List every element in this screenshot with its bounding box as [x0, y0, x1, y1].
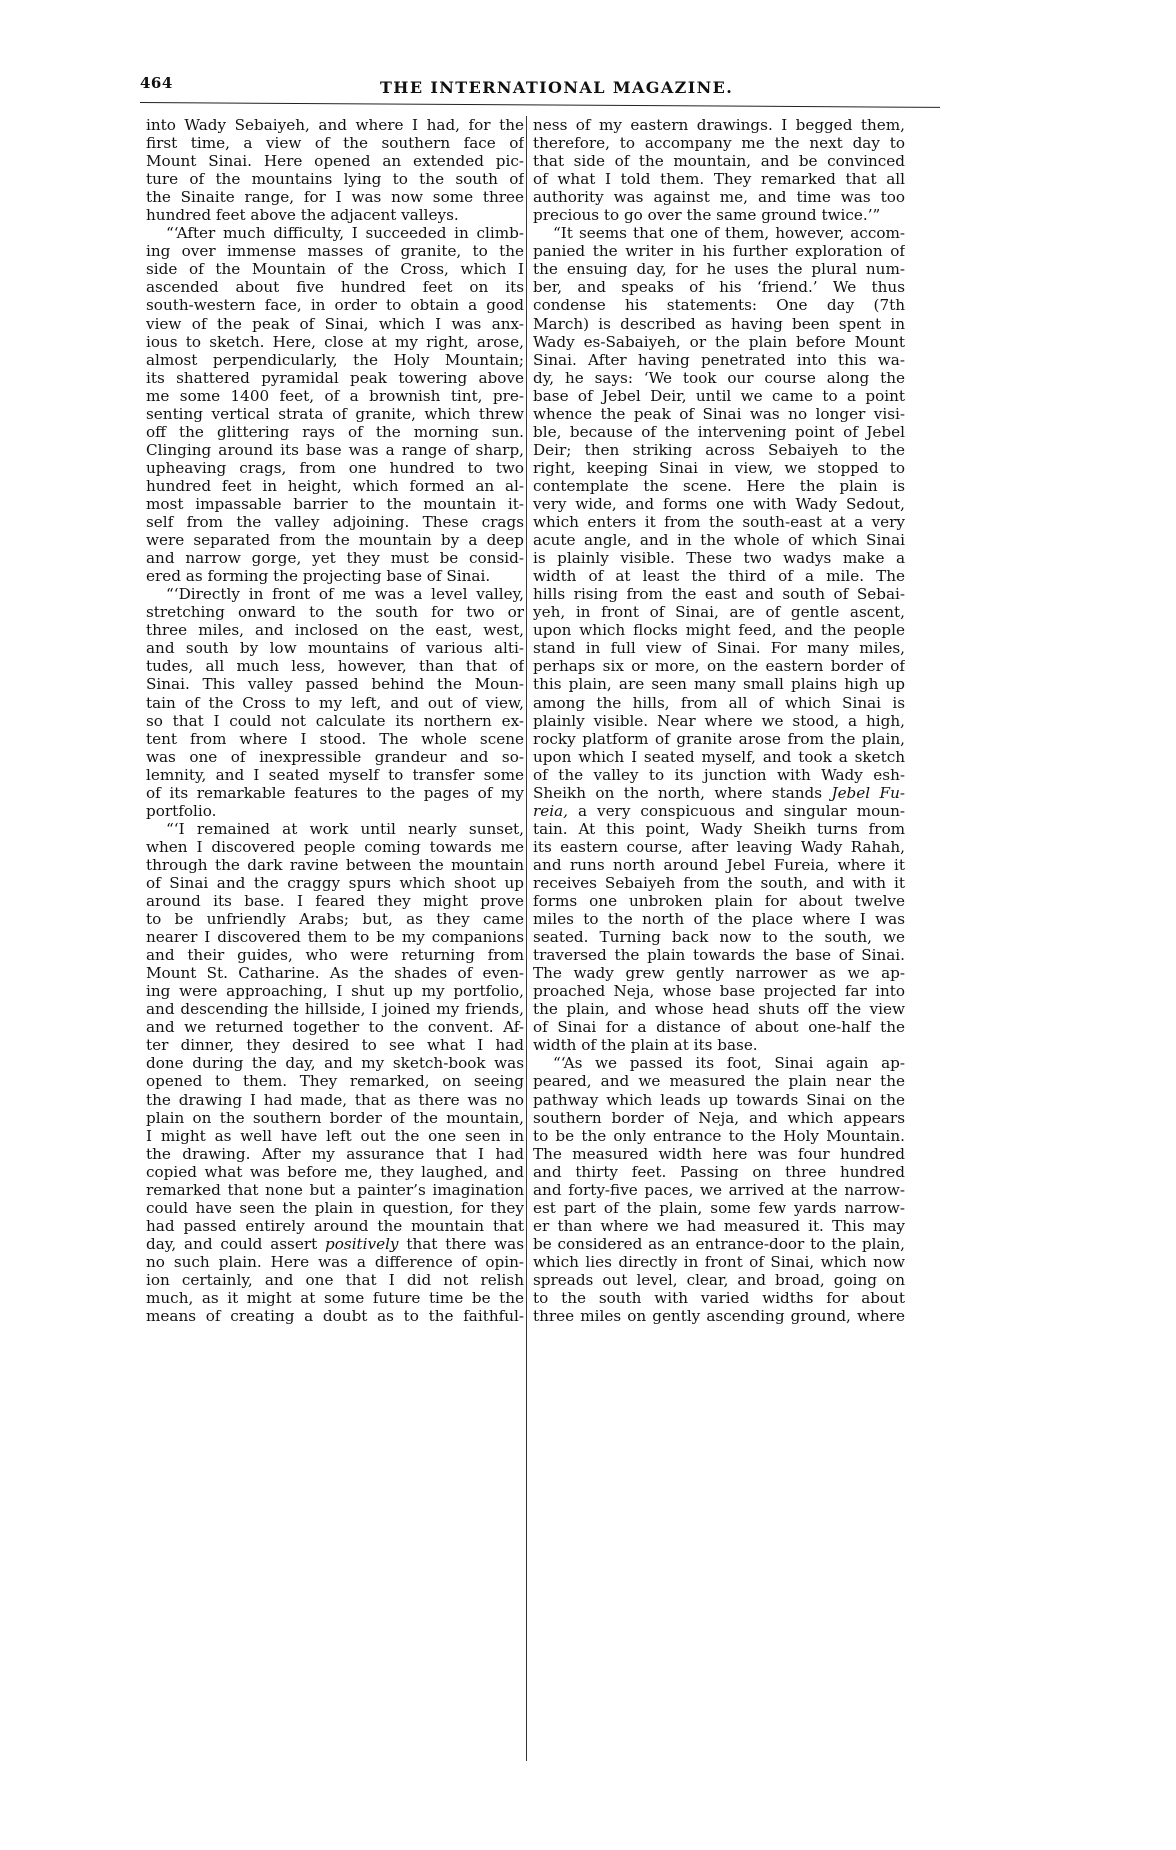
text-line: to be unfriendly Arabs; but, as they cam…: [146, 910, 524, 928]
text-run: to be the only entrance to the Holy Moun…: [533, 1127, 905, 1145]
text-line: and south by low mountains of various al…: [146, 639, 524, 657]
text-run: er than where we had measured it. This m…: [533, 1217, 905, 1235]
text-run: width of the plain at its base.: [533, 1036, 758, 1054]
text-run: stretching onward to the south for two o…: [146, 603, 524, 621]
text-line: rocky platform of granite arose from the…: [533, 730, 905, 748]
text-line: stand in full view of Sinai. For many mi…: [533, 639, 905, 657]
text-line: ered as forming the projecting base of S…: [146, 567, 524, 585]
text-line: perhaps six or more, on the eastern bord…: [533, 657, 905, 675]
text-line: March) is described as having been spent…: [533, 315, 905, 333]
text-line: side of the Mountain of the Cross, which…: [146, 260, 524, 278]
text-line: of its remarkable features to the pages …: [146, 784, 524, 802]
text-run: “‘After much difficulty, I succeeded in …: [166, 224, 524, 242]
text-run: most impassable barrier to the mountain …: [146, 495, 524, 513]
text-line: three miles, and inclosed on the east, w…: [146, 621, 524, 639]
text-line: right, keeping Sinai in view, we stopped…: [533, 459, 905, 477]
text-line: width of at least the third of a mile. T…: [533, 567, 905, 585]
text-line: the plain, and whose head shuts off the …: [533, 1000, 905, 1018]
text-line: and descending the hillside, I joined my…: [146, 1000, 524, 1018]
text-line: off the glittering rays of the morning s…: [146, 423, 524, 441]
text-run: ture of the mountains lying to the south…: [146, 170, 524, 188]
text-run: and their guides, who were returning fro…: [146, 946, 524, 964]
text-line: ter dinner, they desired to see what I h…: [146, 1036, 524, 1054]
text-run: “It seems that one of them, however, acc…: [553, 224, 905, 242]
text-line: of the valley to its junction with Wady …: [533, 766, 905, 784]
text-run: and narrow gorge, yet they must be consi…: [146, 549, 524, 567]
text-run: ness of my eastern drawings. I begged th…: [533, 116, 905, 134]
text-line: opened to them. They remarked, on seeing: [146, 1072, 524, 1090]
text-run: three miles, and inclosed on the east, w…: [146, 621, 524, 639]
text-line: were separated from the mountain by a de…: [146, 531, 524, 549]
text-line: seated. Turning back now to the south, w…: [533, 928, 905, 946]
text-run: so that I could not calculate its northe…: [146, 712, 524, 730]
text-run: three miles on gently ascending ground, …: [533, 1307, 905, 1325]
text-line: its eastern course, after leaving Wady R…: [533, 838, 905, 856]
text-line: Wady es-Sabaiyeh, or the plain before Mo…: [533, 333, 905, 351]
text-line: copied what was before me, they laughed,…: [146, 1163, 524, 1181]
text-run: width of at least the third of a mile. T…: [533, 567, 905, 585]
text-line: be considered as an entrance-door to the…: [533, 1235, 905, 1253]
text-run: stand in full view of Sinai. For many mi…: [533, 639, 905, 657]
text-line: almost perpendicularly, the Holy Mountai…: [146, 351, 524, 369]
text-run: through the dark ravine between the moun…: [146, 856, 524, 874]
text-run: were separated from the mountain by a de…: [146, 531, 524, 549]
text-line: Mount Sinai. Here opened an extended pic…: [146, 152, 524, 170]
text-line: of Sinai for a distance of about one-hal…: [533, 1018, 905, 1036]
text-run: the ensuing day, for he uses the plural …: [533, 260, 905, 278]
text-run: tain of the Cross to my left, and out of…: [146, 694, 524, 712]
text-run: to the south with varied widths for abou…: [533, 1289, 905, 1307]
text-run: very wide, and forms one with Wady Sedou…: [533, 495, 905, 513]
text-line: to the south with varied widths for abou…: [533, 1289, 905, 1307]
text-run: and we returned together to the convent.…: [146, 1018, 524, 1036]
text-line: that side of the mountain, and be convin…: [533, 152, 905, 170]
text-run: Mount St. Catharine. As the shades of ev…: [146, 964, 524, 982]
text-line: could have seen the plain in question, f…: [146, 1199, 524, 1217]
text-line: no such plain. Here was a difference of …: [146, 1253, 524, 1271]
text-run: lemnity, and I seated myself to transfer…: [146, 766, 524, 784]
text-run: its shattered pyramidal peak towering ab…: [146, 369, 524, 387]
text-line: day, and could assert positively that th…: [146, 1235, 524, 1253]
text-line: lemnity, and I seated myself to transfer…: [146, 766, 524, 784]
text-line: when I discovered people coming towards …: [146, 838, 524, 856]
text-line: reia, a very conspicuous and singular mo…: [533, 802, 905, 820]
text-run: ter dinner, they desired to see what I h…: [146, 1036, 524, 1054]
text-run: ascended about five hundred feet on its: [146, 278, 524, 296]
text-run: of Sinai and the craggy spurs which shoo…: [146, 874, 524, 892]
text-line: width of the plain at its base.: [533, 1036, 905, 1054]
text-line: plain on the southern border of the moun…: [146, 1109, 524, 1127]
text-run: copied what was before me, they laughed,…: [146, 1163, 524, 1181]
text-line: forms one unbroken plain for about twelv…: [533, 892, 905, 910]
text-run: south-western face, in order to obtain a…: [146, 296, 524, 314]
text-run: the plain, and whose head shuts off the …: [533, 1000, 905, 1018]
text-line: the drawing. After my assurance that I h…: [146, 1145, 524, 1163]
text-run: dy, he says: ‘We took our course along t…: [533, 369, 905, 387]
text-run: off the glittering rays of the morning s…: [146, 423, 524, 441]
text-run: Wady es-Sabaiyeh, or the plain before Mo…: [533, 333, 905, 351]
text-run: yeh, in front of Sinai, are of gentle as…: [533, 603, 905, 621]
text-run: which lies directly in front of Sinai, w…: [533, 1253, 905, 1271]
text-run: and thirty feet. Passing on three hundre…: [533, 1163, 905, 1181]
text-line: means of creating a doubt as to the fait…: [146, 1307, 524, 1325]
text-run: first time, a view of the southern face …: [146, 134, 524, 152]
text-line: and forty-five paces, we arrived at the …: [533, 1181, 905, 1199]
text-run: precious to go over the same ground twic…: [533, 206, 880, 224]
text-line: of what I told them. They remarked that …: [533, 170, 905, 188]
text-run: pathway which leads up towards Sinai on …: [533, 1091, 905, 1109]
text-run: ber, and speaks of his ‘friend.’ We thus: [533, 278, 905, 296]
text-run: to be unfriendly Arabs; but, as they cam…: [146, 910, 524, 928]
text-line: authority was against me, and time was t…: [533, 188, 905, 206]
text-run: March) is described as having been spent…: [533, 315, 905, 333]
text-run: and descending the hillside, I joined my…: [146, 1000, 524, 1018]
text-line: ness of my eastern drawings. I begged th…: [533, 116, 905, 134]
text-line: me some 1400 feet, of a brownish tint, p…: [146, 387, 524, 405]
text-line: and thirty feet. Passing on three hundre…: [533, 1163, 905, 1181]
text-line: most impassable barrier to the mountain …: [146, 495, 524, 513]
text-line: “It seems that one of them, however, acc…: [533, 224, 905, 242]
text-line: of Sinai and the craggy spurs which shoo…: [146, 874, 524, 892]
text-line: spreads out level, clear, and broad, goi…: [533, 1271, 905, 1289]
text-line: miles to the north of the place where I …: [533, 910, 905, 928]
text-line: hundred feet in height, which formed an …: [146, 477, 524, 495]
text-run: day, and could assert: [146, 1235, 317, 1253]
text-line: Sinai. After having penetrated into this…: [533, 351, 905, 369]
text-run: that there was: [406, 1235, 524, 1253]
text-run: could have seen the plain in question, f…: [146, 1199, 524, 1217]
text-run: right, keeping Sinai in view, we stopped…: [533, 459, 905, 477]
text-line: upheaving crags, from one hundred to two: [146, 459, 524, 477]
text-line: tain of the Cross to my left, and out of…: [146, 694, 524, 712]
text-line: receives Sebaiyeh from the south, and wi…: [533, 874, 905, 892]
text-line: and runs north around Jebel Fureia, wher…: [533, 856, 905, 874]
text-run: tain. At this point, Wady Sheikh turns f…: [533, 820, 905, 838]
text-line: among the hills, from all of which Sinai…: [533, 694, 905, 712]
text-run: tudes, all much less, however, than that…: [146, 657, 524, 675]
text-run: of its remarkable features to the pages …: [146, 784, 524, 802]
text-line: its shattered pyramidal peak towering ab…: [146, 369, 524, 387]
text-run: that side of the mountain, and be convin…: [533, 152, 905, 170]
text-line: Deir; then striking across Sebaiyeh to t…: [533, 441, 905, 459]
text-line: remarked that none but a painter’s imagi…: [146, 1181, 524, 1199]
text-line: and narrow gorge, yet they must be consi…: [146, 549, 524, 567]
text-line: stretching onward to the south for two o…: [146, 603, 524, 621]
text-run: condense his statements: One day (7th: [533, 296, 905, 314]
text-run: therefore, to accompany me the next day …: [533, 134, 905, 152]
text-line: is plainly visible. These two wadys make…: [533, 549, 905, 567]
text-line: hills rising from the east and south of …: [533, 585, 905, 603]
text-run: ered as forming the projecting base of S…: [146, 567, 490, 585]
text-run: plain on the southern border of the moun…: [146, 1109, 524, 1127]
column-divider: [526, 116, 527, 1761]
text-line: Sinai. This valley passed behind the Mou…: [146, 675, 524, 693]
text-run: its eastern course, after leaving Wady R…: [533, 838, 905, 856]
text-run: view of the peak of Sinai, which I was a…: [146, 315, 524, 333]
text-run: a very conspicuous and singular moun-: [578, 802, 905, 820]
text-line: ion certainly, and one that I did not re…: [146, 1271, 524, 1289]
text-run: perhaps six or more, on the eastern bord…: [533, 657, 905, 675]
text-line: Sheikh on the north, where stands Jebel …: [533, 784, 905, 802]
text-line: portfolio.: [146, 802, 524, 820]
text-run: is plainly visible. These two wadys make…: [533, 549, 905, 567]
text-line: The measured width here was four hundred: [533, 1145, 905, 1163]
text-run: the drawing. After my assurance that I h…: [146, 1145, 524, 1163]
text-line: which enters it from the south-east at a…: [533, 513, 905, 531]
text-run: traversed the plain towards the base of …: [533, 946, 905, 964]
text-run: tent from where I stood. The whole scene: [146, 730, 524, 748]
text-line: dy, he says: ‘We took our course along t…: [533, 369, 905, 387]
text-line: ing over immense masses of granite, to t…: [146, 242, 524, 260]
text-line: panied the writer in his further explora…: [533, 242, 905, 260]
text-run: Deir; then striking across Sebaiyeh to t…: [533, 441, 905, 459]
text-line: ture of the mountains lying to the south…: [146, 170, 524, 188]
text-run: self from the valley adjoining. These cr…: [146, 513, 524, 531]
text-run: done during the day, and my sketch-book …: [146, 1054, 524, 1072]
text-run: The measured width here was four hundred: [533, 1145, 905, 1163]
text-run: base of Jebel Deir, until we came to a p…: [533, 387, 905, 405]
text-run: almost perpendicularly, the Holy Mountai…: [146, 351, 524, 369]
text-run: much, as it might at some future time be…: [146, 1289, 524, 1307]
text-run: authority was against me, and time was t…: [533, 188, 905, 206]
text-line: plainly visible. Near where we stood, a …: [533, 712, 905, 730]
text-line: proached Neja, whose base projected far …: [533, 982, 905, 1000]
text-run: remarked that none but a painter’s imagi…: [146, 1181, 524, 1199]
text-run: this plain, are seen many small plains h…: [533, 675, 905, 693]
text-line: pathway which leads up towards Sinai on …: [533, 1091, 905, 1109]
text-run: “‘I remained at work until nearly sunset…: [166, 820, 524, 838]
text-run: panied the writer in his further explora…: [533, 242, 905, 260]
text-line: precious to go over the same ground twic…: [533, 206, 905, 224]
text-line: ble, because of the intervening point of…: [533, 423, 905, 441]
text-line: ious to sketch. Here, close at my right,…: [146, 333, 524, 351]
text-run: whence the peak of Sinai was no longer v…: [533, 405, 905, 423]
text-line: view of the peak of Sinai, which I was a…: [146, 315, 524, 333]
text-run: hundred feet above the adjacent valleys.: [146, 206, 459, 224]
text-line: ascended about five hundred feet on its: [146, 278, 524, 296]
text-run: “‘As we passed its foot, Sinai again ap-: [553, 1054, 905, 1072]
text-line: so that I could not calculate its northe…: [146, 712, 524, 730]
text-run: Sinai. This valley passed behind the Mou…: [146, 675, 524, 693]
text-run: ble, because of the intervening point of…: [533, 423, 905, 441]
text-run: had passed entirely around the mountain …: [146, 1217, 524, 1235]
text-run: “‘Directly in front of me was a level va…: [166, 585, 524, 603]
text-run: proached Neja, whose base projected far …: [533, 982, 905, 1000]
text-run: was one of inexpressible grandeur and so…: [146, 748, 524, 766]
text-run: of what I told them. They remarked that …: [533, 170, 905, 188]
text-line: the drawing I had made, that as there wa…: [146, 1091, 524, 1109]
text-run: acute angle, and in the whole of which S…: [533, 531, 905, 549]
text-run: into Wady Sebaiyeh, and where I had, for…: [146, 116, 524, 134]
text-line: this plain, are seen many small plains h…: [533, 675, 905, 693]
text-run: rocky platform of granite arose from the…: [533, 730, 905, 748]
text-run: plainly visible. Near where we stood, a …: [533, 712, 905, 730]
text-run: spreads out level, clear, and broad, goi…: [533, 1271, 905, 1289]
text-line: whence the peak of Sinai was no longer v…: [533, 405, 905, 423]
text-run: me some 1400 feet, of a brownish tint, p…: [146, 387, 524, 405]
text-run: and runs north around Jebel Fureia, wher…: [533, 856, 905, 874]
text-run: est part of the plain, some few yards na…: [533, 1199, 905, 1217]
text-run: ing were approaching, I shut up my portf…: [146, 982, 524, 1000]
italic-text: Jebel Fu-: [831, 784, 905, 802]
text-run: ious to sketch. Here, close at my right,…: [146, 333, 524, 351]
text-run: of the valley to its junction with Wady …: [533, 766, 905, 784]
text-line: “‘As we passed its foot, Sinai again ap-: [533, 1054, 905, 1072]
text-run: nearer I discovered them to be my compan…: [146, 928, 524, 946]
text-line: nearer I discovered them to be my compan…: [146, 928, 524, 946]
text-run: portfolio.: [146, 802, 216, 820]
text-line: southern border of Neja, and which appea…: [533, 1109, 905, 1127]
text-run: the drawing I had made, that as there wa…: [146, 1091, 524, 1109]
text-run: I might as well have left out the one se…: [146, 1127, 524, 1145]
text-run: and south by low mountains of various al…: [146, 639, 524, 657]
text-run: which enters it from the south-east at a…: [533, 513, 905, 531]
header-rule: [140, 102, 940, 108]
text-run: senting vertical strata of granite, whic…: [146, 405, 524, 423]
italic-text: positively: [325, 1235, 398, 1253]
text-line: and we returned together to the convent.…: [146, 1018, 524, 1036]
text-run: hundred feet in height, which formed an …: [146, 477, 524, 495]
text-run: Sinai. After having penetrated into this…: [533, 351, 905, 369]
text-line: hundred feet above the adjacent valleys.: [146, 206, 524, 224]
text-line: “‘After much difficulty, I succeeded in …: [146, 224, 524, 242]
text-line: south-western face, in order to obtain a…: [146, 296, 524, 314]
text-run: when I discovered people coming towards …: [146, 838, 524, 856]
text-line: was one of inexpressible grandeur and so…: [146, 748, 524, 766]
text-run: southern border of Neja, and which appea…: [533, 1109, 905, 1127]
text-line: est part of the plain, some few yards na…: [533, 1199, 905, 1217]
text-line: the ensuing day, for he uses the plural …: [533, 260, 905, 278]
text-run: Clinging around its base was a range of …: [146, 441, 524, 459]
text-run: and forty-five paces, we arrived at the …: [533, 1181, 905, 1199]
text-run: Sheikh on the north, where stands: [533, 784, 822, 802]
text-run: means of creating a doubt as to the fait…: [146, 1307, 524, 1325]
page-header: 464 THE INTERNATIONAL MAGAZINE.: [140, 72, 940, 104]
text-line: yeh, in front of Sinai, are of gentle as…: [533, 603, 905, 621]
text-run: receives Sebaiyeh from the south, and wi…: [533, 874, 905, 892]
text-line: tudes, all much less, however, than that…: [146, 657, 524, 675]
text-run: ion certainly, and one that I did not re…: [146, 1271, 524, 1289]
text-run: around its base. I feared they might pro…: [146, 892, 524, 910]
text-line: three miles on gently ascending ground, …: [533, 1307, 905, 1325]
magazine-page: 464 THE INTERNATIONAL MAGAZINE. into Wad…: [140, 72, 940, 104]
text-run: Mount Sinai. Here opened an extended pic…: [146, 152, 524, 170]
text-run: peared, and we measured the plain near t…: [533, 1072, 905, 1090]
text-line: upon which flocks might feed, and the pe…: [533, 621, 905, 639]
text-run: The wady grew gently narrower as we ap-: [533, 964, 905, 982]
text-run: side of the Mountain of the Cross, which…: [146, 260, 524, 278]
text-line: condense his statements: One day (7th: [533, 296, 905, 314]
text-line: er than where we had measured it. This m…: [533, 1217, 905, 1235]
text-line: “‘Directly in front of me was a level va…: [146, 585, 524, 603]
text-line: self from the valley adjoining. These cr…: [146, 513, 524, 531]
text-run: among the hills, from all of which Sinai…: [533, 694, 905, 712]
text-run: upheaving crags, from one hundred to two: [146, 459, 524, 477]
text-line: into Wady Sebaiyeh, and where I had, for…: [146, 116, 524, 134]
text-line: base of Jebel Deir, until we came to a p…: [533, 387, 905, 405]
text-run: of Sinai for a distance of about one-hal…: [533, 1018, 905, 1036]
text-run: seated. Turning back now to the south, w…: [533, 928, 905, 946]
text-line: Mount St. Catharine. As the shades of ev…: [146, 964, 524, 982]
text-line: The wady grew gently narrower as we ap-: [533, 964, 905, 982]
text-run: upon which I seated myself, and took a s…: [533, 748, 905, 766]
text-line: therefore, to accompany me the next day …: [533, 134, 905, 152]
text-run: ing over immense masses of granite, to t…: [146, 242, 524, 260]
text-line: peared, and we measured the plain near t…: [533, 1072, 905, 1090]
text-line: and their guides, who were returning fro…: [146, 946, 524, 964]
text-line: contemplate the scene. Here the plain is: [533, 477, 905, 495]
page-number: 464: [140, 74, 173, 92]
text-line: tent from where I stood. The whole scene: [146, 730, 524, 748]
left-column: into Wady Sebaiyeh, and where I had, for…: [146, 116, 524, 1325]
text-line: I might as well have left out the one se…: [146, 1127, 524, 1145]
text-run: opened to them. They remarked, on seeing: [146, 1072, 524, 1090]
text-run: the Sinaite range, for I was now some th…: [146, 188, 524, 206]
text-line: ing were approaching, I shut up my portf…: [146, 982, 524, 1000]
text-run: contemplate the scene. Here the plain is: [533, 477, 905, 495]
text-line: tain. At this point, Wady Sheikh turns f…: [533, 820, 905, 838]
text-run: no such plain. Here was a difference of …: [146, 1253, 524, 1271]
text-run: be considered as an entrance-door to the…: [533, 1235, 905, 1253]
text-run: hills rising from the east and south of …: [533, 585, 905, 603]
text-line: ber, and speaks of his ‘friend.’ We thus: [533, 278, 905, 296]
italic-text: reia,: [533, 802, 568, 820]
text-line: traversed the plain towards the base of …: [533, 946, 905, 964]
text-line: very wide, and forms one with Wady Sedou…: [533, 495, 905, 513]
text-line: around its base. I feared they might pro…: [146, 892, 524, 910]
text-line: first time, a view of the southern face …: [146, 134, 524, 152]
text-line: upon which I seated myself, and took a s…: [533, 748, 905, 766]
text-line: had passed entirely around the mountain …: [146, 1217, 524, 1235]
text-line: done during the day, and my sketch-book …: [146, 1054, 524, 1072]
text-line: senting vertical strata of granite, whic…: [146, 405, 524, 423]
text-line: the Sinaite range, for I was now some th…: [146, 188, 524, 206]
running-title: THE INTERNATIONAL MAGAZINE.: [380, 78, 733, 97]
text-line: much, as it might at some future time be…: [146, 1289, 524, 1307]
text-line: acute angle, and in the whole of which S…: [533, 531, 905, 549]
text-line: to be the only entrance to the Holy Moun…: [533, 1127, 905, 1145]
text-line: which lies directly in front of Sinai, w…: [533, 1253, 905, 1271]
text-run: forms one unbroken plain for about twelv…: [533, 892, 905, 910]
text-line: through the dark ravine between the moun…: [146, 856, 524, 874]
text-run: upon which flocks might feed, and the pe…: [533, 621, 905, 639]
text-run: miles to the north of the place where I …: [533, 910, 905, 928]
right-column: ness of my eastern drawings. I begged th…: [533, 116, 905, 1325]
text-line: Clinging around its base was a range of …: [146, 441, 524, 459]
text-line: “‘I remained at work until nearly sunset…: [146, 820, 524, 838]
